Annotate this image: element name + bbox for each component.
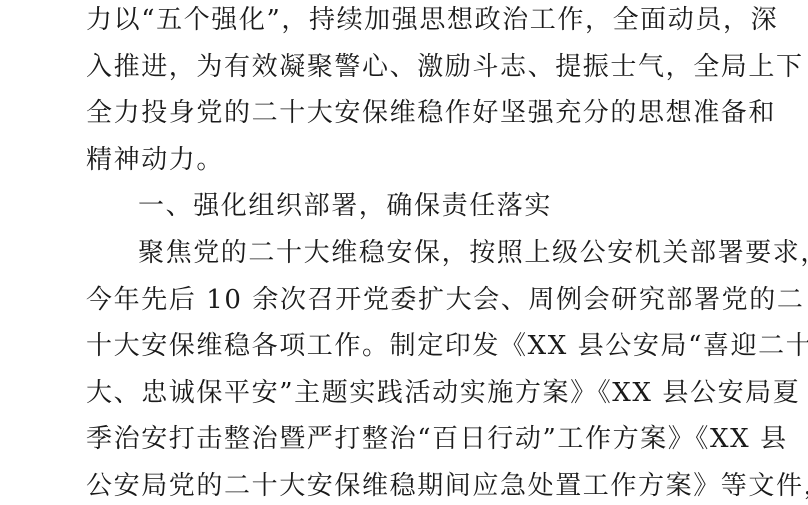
text-line: 力以“五个强化”，持续加强思想政治工作，全面动员，深 bbox=[86, 0, 732, 44]
paragraph-line: 十大安保维稳各项工作。制定印发《XX 县公安局“喜迎二十 bbox=[86, 323, 732, 370]
paragraph-line: 今年先后 10 余次召开党委扩大会、周例会研究部署党的二 bbox=[86, 277, 732, 324]
text-line: 入推进，为有效凝聚警心、激励斗志、提振士气，全局上下 bbox=[86, 44, 732, 91]
section-heading: 一、强化组织部署，确保责任落实 bbox=[86, 183, 732, 230]
paragraph-line: 大、忠诚保平安”主题实践活动实施方案》《XX 县公安局夏 bbox=[86, 370, 732, 417]
text-line: 精神动力。 bbox=[86, 137, 732, 184]
paragraph-line: 公安局党的二十大安保维稳期间应急处置工作方案》等文件， bbox=[86, 463, 732, 505]
paragraph-line: 季治安打击整治暨严打整治“百日行动”工作方案》《XX 县 bbox=[86, 416, 732, 463]
paragraph-line: 聚焦党的二十大维稳安保，按照上级公安机关部署要求， bbox=[86, 230, 732, 277]
text-line: 全力投身党的二十大安保维稳作好坚强充分的思想准备和 bbox=[86, 90, 732, 137]
document-page: 力以“五个强化”，持续加强思想政治工作，全面动员，深 入推进，为有效凝聚警心、激… bbox=[86, 0, 732, 505]
